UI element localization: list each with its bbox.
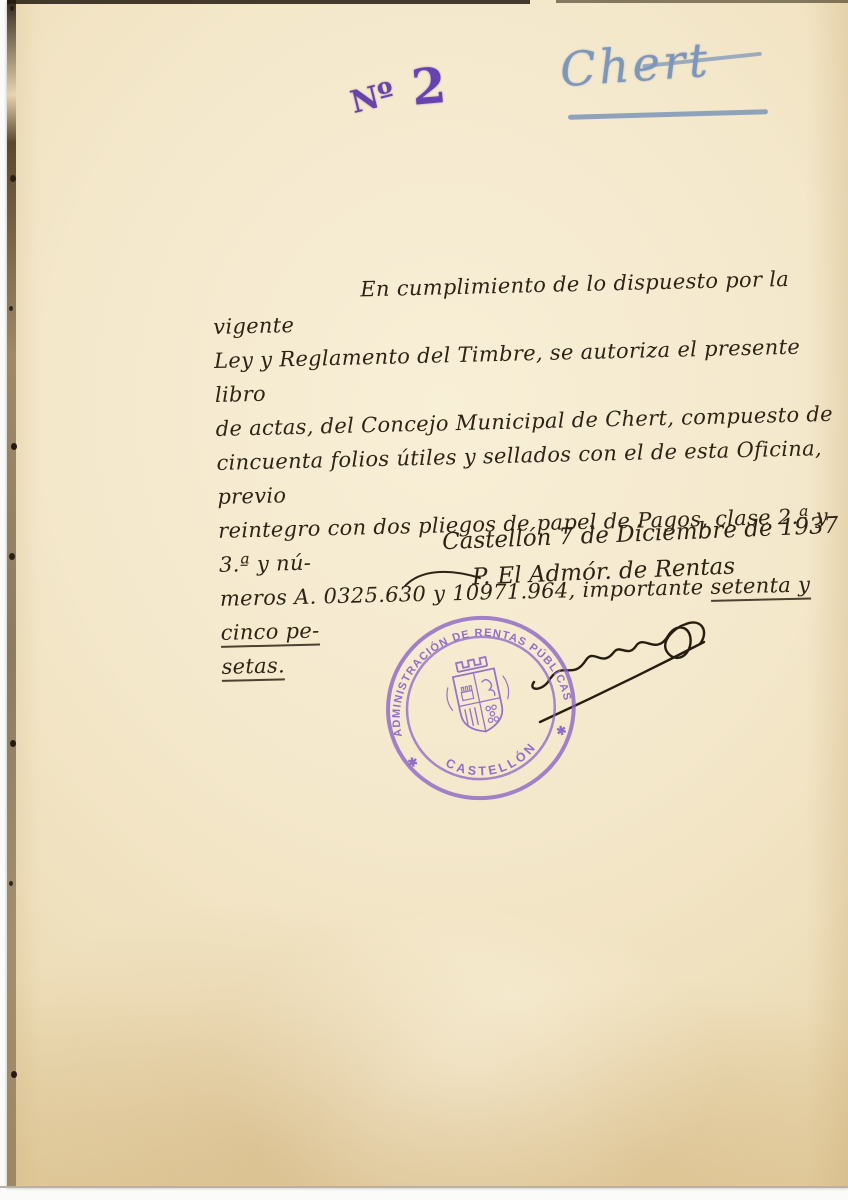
folio-number-stamp: Nº2 — [348, 56, 449, 122]
body-line-7-underlined: setas. — [221, 653, 285, 682]
binding-edge — [7, 0, 16, 1186]
seal-star-right: ✱ — [555, 723, 568, 739]
pencil-heading: Chert — [558, 33, 712, 98]
coat-of-arms — [440, 654, 516, 738]
edge-specks — [10, 6, 14, 11]
top-edge-shadow-right — [556, 0, 848, 3]
scanned-document-page: Nº2 Chert En cumplimiento de lo dispuest… — [0, 0, 848, 1200]
seal-star-left: ✱ — [406, 754, 419, 770]
official-seal-stamp: ADMINISTRACIÓN DE RENTAS PÚBLICAS CASTEL… — [363, 592, 599, 824]
bottom-edge-line — [0, 1186, 848, 1188]
folio-number: 2 — [409, 56, 448, 117]
folio-no-label: Nº — [347, 75, 398, 121]
top-edge-shadow — [7, 0, 530, 4]
